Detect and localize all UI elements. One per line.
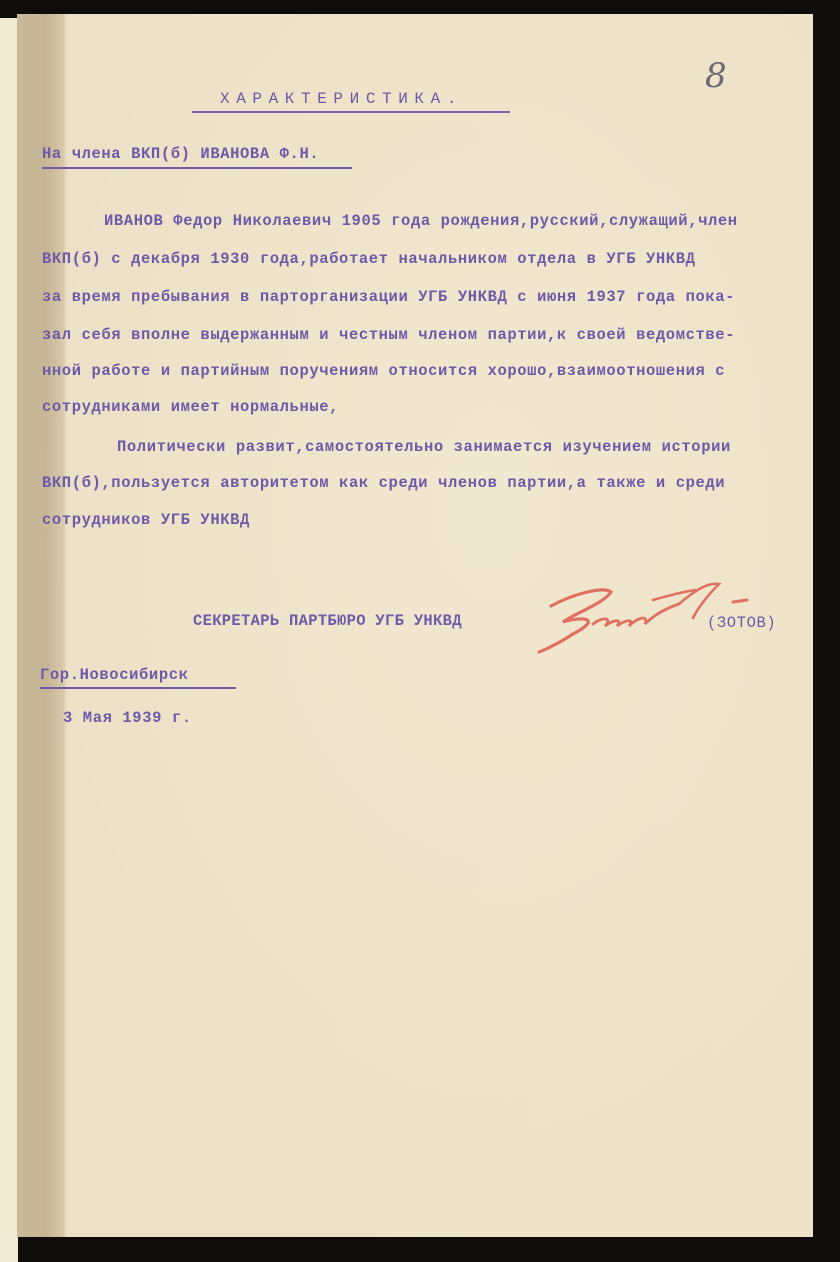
date-line: 3 Мая 1939 г. xyxy=(63,709,192,727)
document-title: ХАРАКТЕРИСТИКА. xyxy=(220,90,463,108)
body-line-4: зал себя вполне выдержанным и честным чл… xyxy=(42,326,735,344)
title-underline xyxy=(192,111,510,113)
document-page: 8 ХАРАКТЕРИСТИКА. На члена ВКП(б) ИВАНОВ… xyxy=(17,14,813,1237)
body-line-5: нной работе и партийным поручениям относ… xyxy=(42,362,725,380)
subject-line: На члена ВКП(б) ИВАНОВА Ф.Н. xyxy=(42,145,319,163)
signatory-name: (ЗОТОВ) xyxy=(707,614,776,632)
body-line-1: ИВАНОВ Федор Николаевич 1905 года рожден… xyxy=(104,212,738,230)
body-line-9: сотрудников УГБ УНКВД xyxy=(42,511,250,529)
folio-number: 8 xyxy=(705,56,727,96)
signatory-title: СЕКРЕТАРЬ ПАРТБЮРО УГБ УНКВД xyxy=(193,612,462,630)
binding-strip xyxy=(0,18,18,1262)
city-line: Гор.Новосибирск xyxy=(40,666,189,684)
body-line-2: ВКП(б) с декабря 1930 года,работает нача… xyxy=(42,250,696,268)
body-line-3: за время пребывания в парторганизации УГ… xyxy=(42,288,735,306)
body-line-7: Политически развит,самостоятельно занима… xyxy=(117,438,731,456)
city-underline xyxy=(40,687,236,689)
subject-underline xyxy=(42,167,352,169)
body-line-6: сотрудниками имеет нормальные, xyxy=(42,398,339,416)
body-line-8: ВКП(б),пользуется авторитетом как среди … xyxy=(42,474,725,492)
